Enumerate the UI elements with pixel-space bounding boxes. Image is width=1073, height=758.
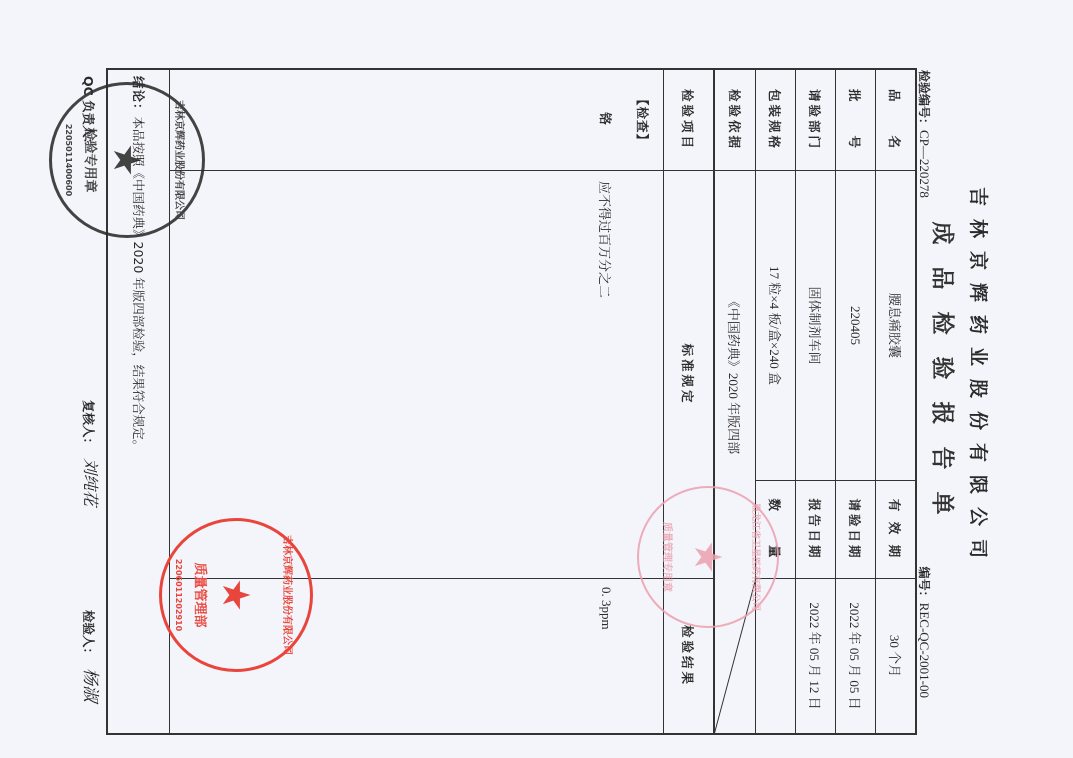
request-date-label: 请验日期	[836, 481, 875, 578]
report-date-value: 2022 年 05 月 12 日	[796, 579, 835, 733]
product-name-label: 品 名	[876, 70, 915, 170]
request-dept-value: 固体制剂车间	[796, 171, 835, 480]
stamp-center-text: 质量管理部	[192, 562, 211, 627]
inspection-number: 检验编号：CP—220278	[916, 70, 933, 198]
result-row-item: 铬	[594, 70, 618, 170]
result-row-standard: 应不得过百万分之二	[594, 171, 618, 431]
request-dept-label: 请验部门	[796, 70, 835, 170]
faded-seal-stamp: ★ 黑龙江省卫星医药有限公司 质量管理专用章	[637, 486, 779, 628]
stamp-code: 2205011400600	[64, 124, 73, 196]
col-header-item: 检验项目	[664, 70, 713, 170]
stamp-arc-text: 吉林京辉药业股份有限公司	[281, 535, 296, 655]
report-date-label: 报告日期	[796, 481, 835, 578]
packaging-label: 包装规格	[756, 70, 795, 170]
inspector-label: 检验人：	[80, 610, 98, 660]
company-name: 吉林京辉药业股份有限公司	[966, 0, 993, 758]
basis-label: 检验依据	[715, 70, 755, 170]
form-number-label: 编号：	[917, 567, 931, 603]
batch-label: 批 号	[836, 70, 875, 170]
stamp-arc-text: 黑龙江省卫星医药有限公司	[750, 503, 763, 611]
inspection-seal-stamp: ★ 吉林京辉药业股份有限公司 检验专用章 2205011400600	[49, 82, 205, 238]
stamp-code: 2206011202910	[174, 559, 183, 631]
inspector-signature: 杨淑	[80, 668, 105, 702]
stamp-arc-text: 吉林京辉药业股份有限公司	[173, 100, 188, 220]
star-icon: ★	[689, 540, 727, 574]
table-border-top	[915, 68, 917, 735]
section-heading: 【检查】	[633, 70, 653, 170]
result-row-result: 0. 3ppm	[594, 579, 618, 741]
reviewer-signature: 刘纯花	[80, 458, 103, 506]
inspection-report-page: 吉林京辉药业股份有限公司 成品检验报告单 检验编号：CP—220278 编号：R…	[0, 0, 1073, 758]
quality-dept-seal-stamp: ★ 吉林京辉药业股份有限公司 质量管理部 2206011202910	[159, 518, 313, 672]
packaging-value: 17 粒×4 板/盒×240 盒	[756, 171, 795, 480]
inspection-number-label: 检验编号：	[917, 70, 931, 130]
reviewer-label: 复核人：	[80, 400, 98, 450]
form-number-value: REC-QC-2001-00	[917, 603, 932, 698]
col-divider	[169, 170, 664, 171]
validity-label: 有 效 期	[876, 481, 915, 578]
stamp-center-text: 检验专用章	[82, 127, 101, 192]
form-number: 编号：REC-QC-2001-00	[916, 567, 933, 698]
star-icon: ★	[217, 578, 255, 612]
batch-value: 220405	[836, 171, 875, 480]
product-name-value: 腰息痛胶囊	[876, 171, 915, 480]
stamp-center-text: 质量管理专用章	[661, 522, 676, 592]
validity-value: 30 个月	[876, 579, 915, 733]
request-date-value: 2022 年 05 月 05 日	[836, 579, 875, 733]
inspection-number-value: CP—220278	[917, 130, 932, 198]
